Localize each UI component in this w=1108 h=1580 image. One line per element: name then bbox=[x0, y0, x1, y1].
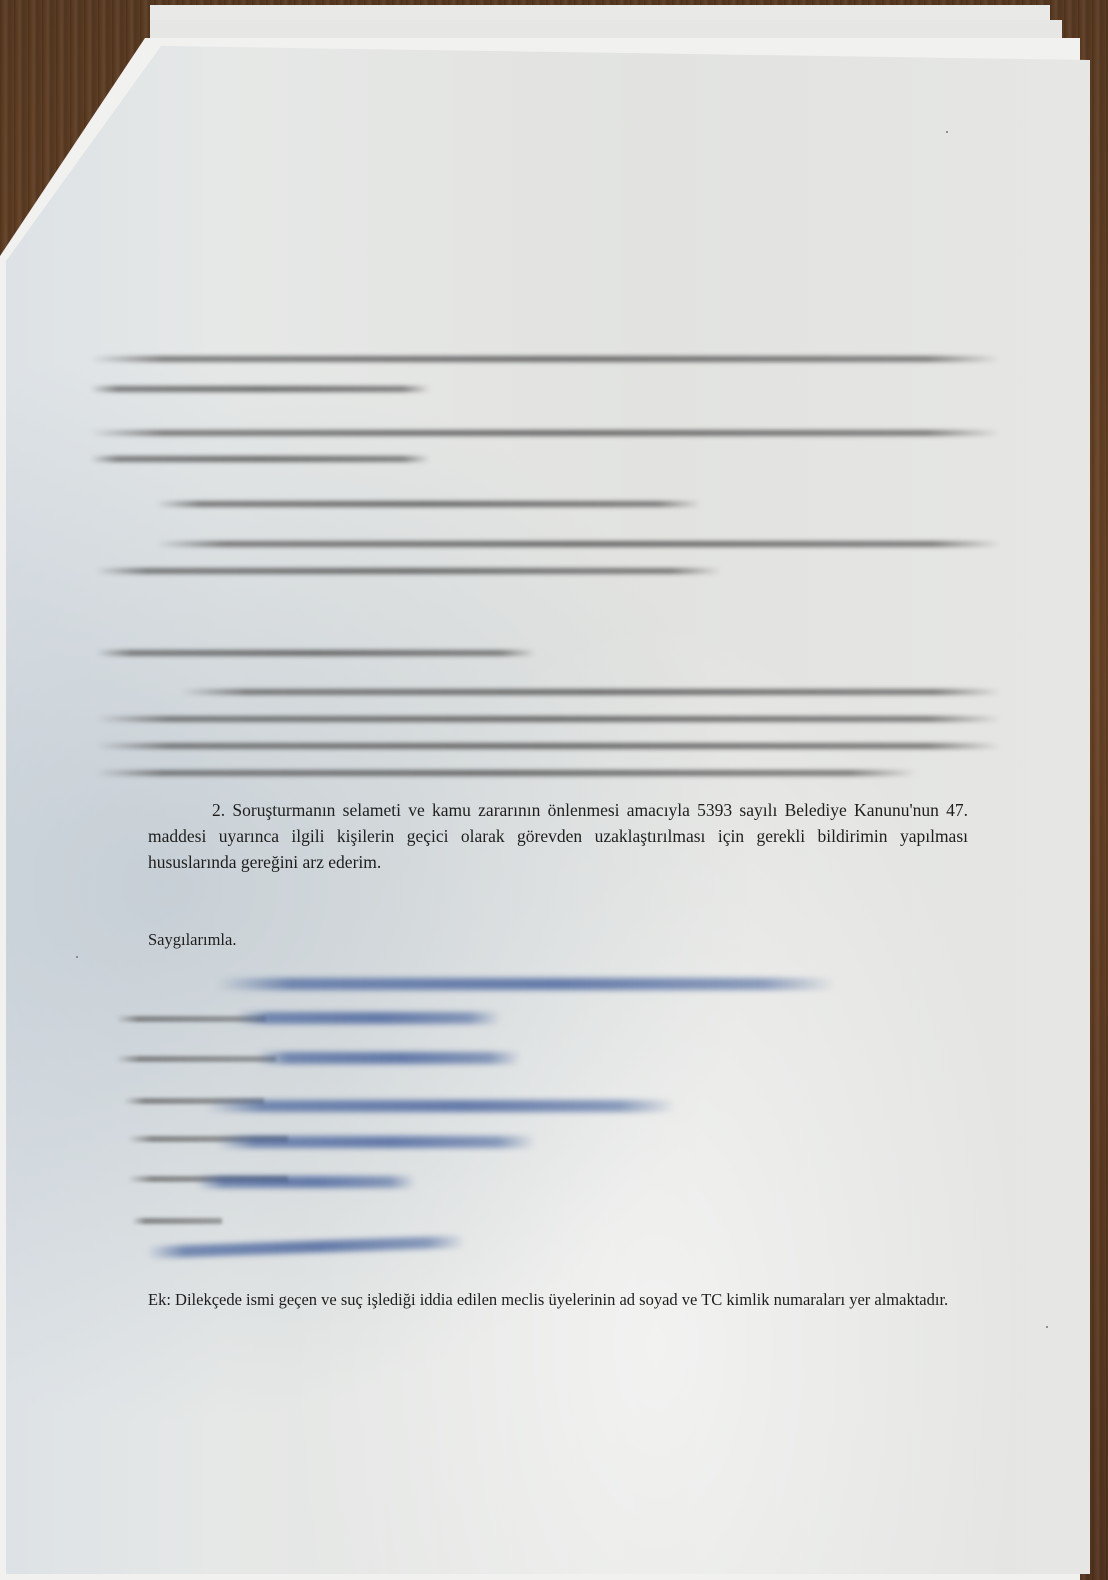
paper-speck bbox=[946, 131, 948, 133]
paper-speck bbox=[76, 956, 78, 958]
redacted-line bbox=[90, 456, 430, 462]
redacted-line bbox=[96, 770, 916, 776]
redacted-line bbox=[181, 689, 1001, 695]
redacted-line bbox=[90, 430, 1000, 436]
redacted-signature bbox=[196, 1176, 416, 1188]
redacted-line bbox=[96, 650, 536, 656]
redacted-line bbox=[156, 541, 1001, 547]
redacted-line bbox=[96, 568, 721, 574]
redacted-label bbox=[132, 1218, 222, 1224]
paragraph-2: 2. Soruşturmanın selameti ve kamu zararı… bbox=[148, 797, 968, 875]
redacted-line bbox=[96, 716, 1001, 722]
redacted-signature bbox=[206, 1100, 676, 1112]
redacted-line bbox=[96, 743, 1001, 749]
redacted-signature bbox=[216, 978, 836, 990]
redacted-signature bbox=[216, 1136, 536, 1148]
redacted-label bbox=[116, 1056, 276, 1062]
redacted-signature bbox=[146, 1235, 466, 1258]
redacted-signature bbox=[236, 1012, 501, 1024]
paper-speck bbox=[1046, 1326, 1048, 1328]
closing-salutation: Saygılarımla. bbox=[148, 930, 236, 950]
redacted-line bbox=[90, 356, 1000, 362]
annex-note: Ek: Dilekçede ismi geçen ve suç işlediği… bbox=[148, 1289, 968, 1311]
redacted-line bbox=[156, 501, 701, 507]
redacted-signature bbox=[256, 1052, 521, 1064]
redacted-line bbox=[90, 386, 430, 392]
